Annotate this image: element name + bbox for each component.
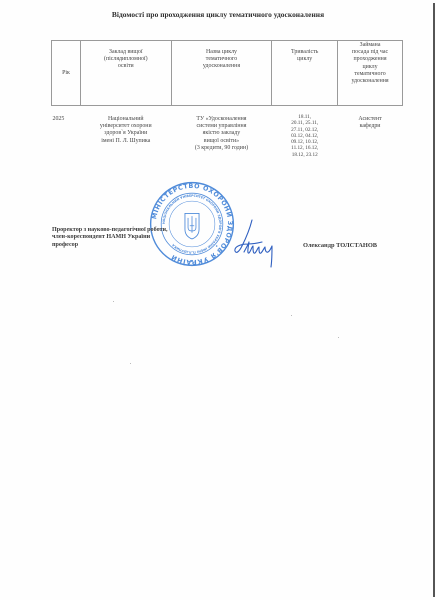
- training-info-table: Рік Заклад вищої (післядипломної) освіти…: [51, 40, 403, 158]
- cell-duration: 18.11, 20.11, 25.11, 27.11, 02.12, 03.12…: [272, 106, 338, 159]
- signatory-title-block: Проректор з науково-педагогічної роботи,…: [52, 227, 168, 249]
- header-position: Займана посада під час проходження циклу…: [338, 41, 403, 106]
- cycle-name-value: ТУ «Удосконалення системи управління які…: [173, 116, 270, 152]
- year-value: 2025: [53, 116, 79, 123]
- signatory-academic-title: член-кореспондент НАМН України: [52, 234, 168, 241]
- cell-cycle-name: ТУ «Удосконалення системи управління які…: [171, 106, 272, 159]
- header-year-label: Рік: [54, 70, 78, 77]
- scan-speck: [130, 363, 131, 364]
- header-institution: Заклад вищої (післядипломної) освіти: [80, 41, 171, 106]
- header-position-label: Займана посада під час проходження циклу…: [340, 42, 400, 85]
- table-header-row: Рік Заклад вищої (післядипломної) освіти…: [52, 41, 403, 106]
- header-cycle-name-label: Назва циклу тематичного удосконалення: [174, 49, 270, 71]
- table-row: 2025 Національний університет охорони зд…: [52, 106, 403, 159]
- document-title: Відомості про проходження циклу тематичн…: [0, 10, 436, 19]
- scan-speck: [113, 301, 114, 302]
- cell-institution: Національний університет охорони здоров`…: [80, 106, 171, 159]
- signatory-rank: професор: [52, 242, 168, 249]
- cell-year: 2025: [52, 106, 81, 159]
- handwritten-signature-icon: [232, 218, 280, 268]
- scan-speck: [338, 337, 339, 338]
- institution-value: Національний університет охорони здоров`…: [82, 116, 169, 145]
- scan-speck: [291, 315, 292, 316]
- document-page: Відомості про проходження циклу тематичн…: [0, 0, 436, 600]
- header-cycle-name: Назва циклу тематичного удосконалення: [171, 41, 272, 106]
- duration-value: 18.11, 20.11, 25.11, 27.11, 02.12, 03.12…: [274, 114, 336, 158]
- header-institution-label: Заклад вищої (післядипломної) освіти: [83, 49, 169, 71]
- header-duration-label: Тривалість циклу: [274, 49, 335, 63]
- header-duration: Тривалість циклу: [272, 41, 338, 106]
- position-value: Асистент кафедри: [340, 116, 401, 130]
- official-stamp-icon: МІНІСТЕРСТВО ОХОРОНИ ЗДОРОВ'Я УКРАЇНИ НА…: [148, 180, 236, 268]
- signatory-position: Проректор з науково-педагогічної роботи,: [52, 227, 168, 234]
- signatory-name: Олександр ТОЛСТАНОВ: [303, 242, 377, 249]
- cell-position: Асистент кафедри: [338, 106, 403, 159]
- scan-edge-line: [433, 3, 435, 597]
- header-year: Рік: [52, 41, 81, 106]
